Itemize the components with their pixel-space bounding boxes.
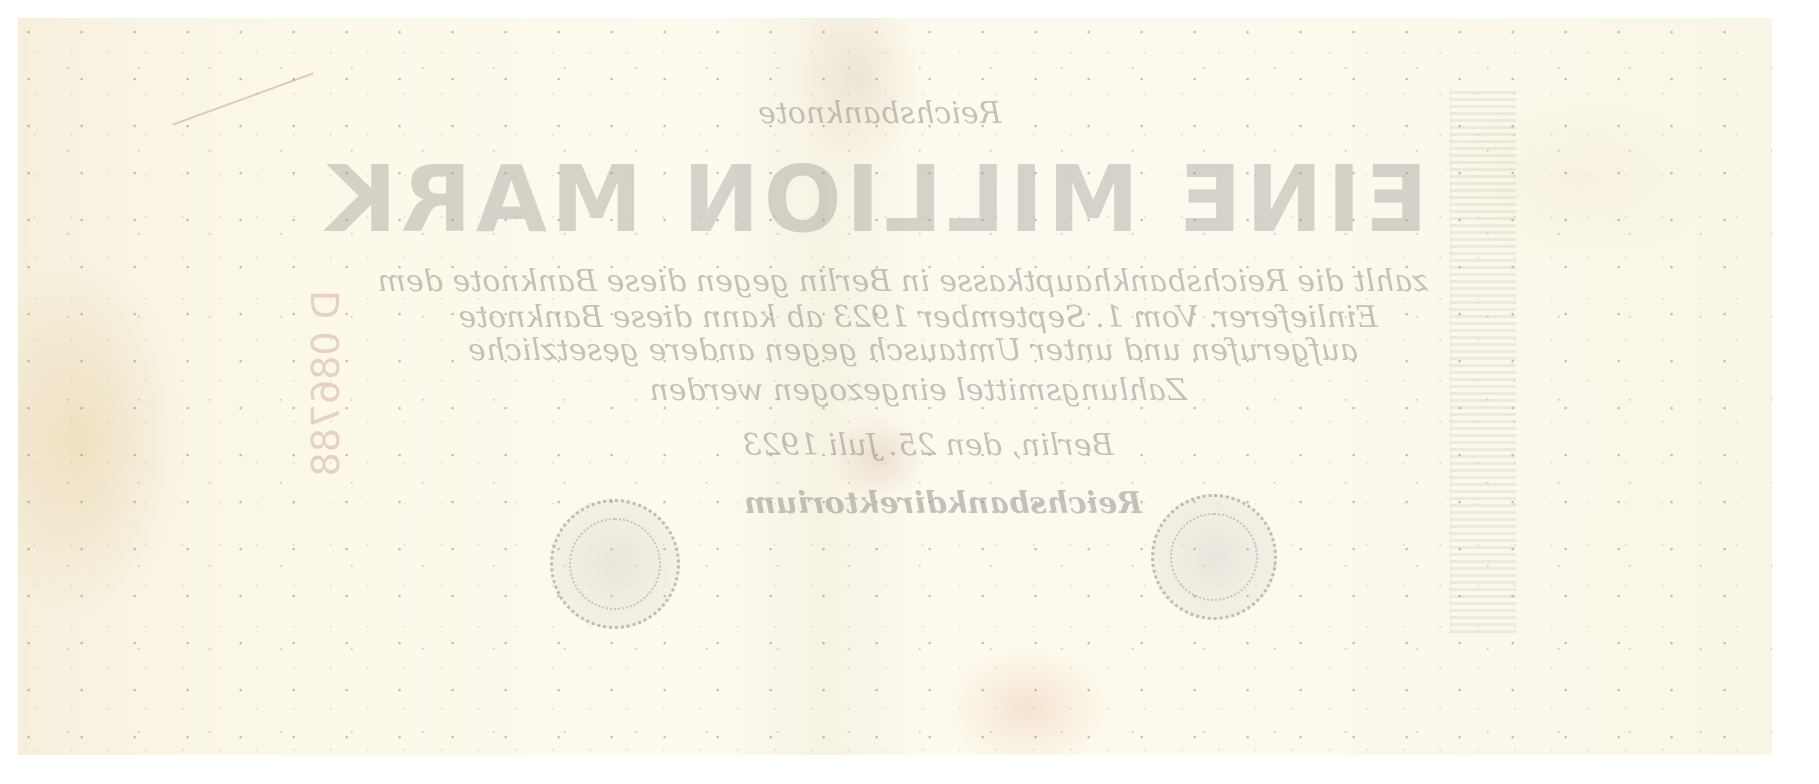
date-line: Berlin, den 25. Juli 1923 [718, 428, 1138, 463]
body-line-1: zahlt die Reichsbankhauptkasse in Berlin… [398, 264, 1428, 299]
body-line-4: Zahlungsmittel eingezogen werden [558, 373, 1278, 408]
serial-number-vertical: D 086788 [305, 218, 349, 548]
header-small-text: Reichsbanknote [758, 96, 1001, 131]
denomination-title: EINE MILLION MARK [388, 146, 1428, 253]
body-line-2: Einlieferer. Vom 1. September 1923 ab ka… [458, 300, 1378, 335]
ornamental-border-strip [1450, 88, 1516, 633]
banknote-reverse: Reichsbanknote EINE MILLION MARK zahlt d… [18, 18, 1772, 755]
left-seal-icon [550, 499, 680, 629]
body-line-3: aufgerufen und unter Umtausch gegen ande… [488, 333, 1358, 368]
right-seal-icon [1151, 494, 1277, 620]
signature-line: Reichsbankdirektorium [718, 486, 1168, 521]
